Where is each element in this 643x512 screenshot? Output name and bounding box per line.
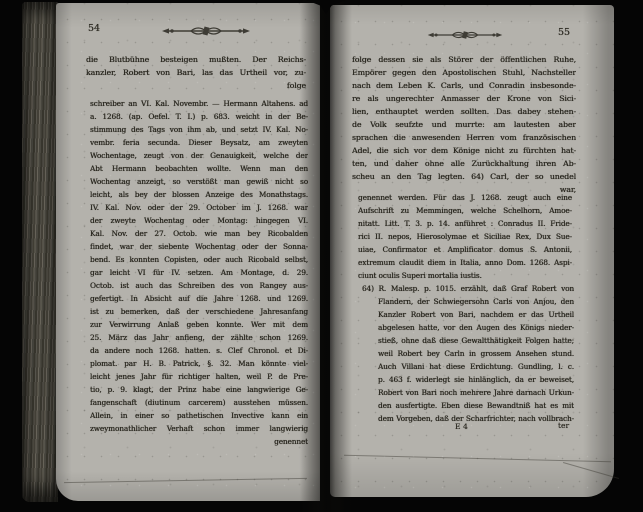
text-line: Abt Hermann beobachten wollte. Wenn man … <box>90 162 308 175</box>
text-line: weil Robert bey Carln in grossem Ansehen… <box>362 347 574 360</box>
text-line: Kal. Nov. der 27. Octob. wie man bey Ric… <box>90 227 308 240</box>
text-line: Wochentage, zeugt von der Genauigkeit, w… <box>90 149 308 162</box>
text-line: de Volk seufzte und murrte: am lautesten… <box>352 118 576 131</box>
text-line: nach dem Leben K. Carls, und Conradin in… <box>352 79 576 92</box>
text-line: scheu an den Tag legten. 64) Carl, der s… <box>352 170 576 183</box>
text-line: lien, enthauptet werden sollten. Das dab… <box>352 105 576 118</box>
text-line: stieß, ohne daß diese Gewaltthätigkeit F… <box>362 334 574 347</box>
right-catchword: ter <box>558 421 569 430</box>
text-line: vembr. feria secunda. Dieser Beysatz, am… <box>90 136 308 149</box>
corner-fold-crease <box>563 462 619 479</box>
text-line: zur Verwirrung Anlaß geben konnte. Wer m… <box>90 318 308 331</box>
text-line: der zweyte Wochentag oder Montag: hingeg… <box>90 214 308 227</box>
text-line: leicht, als bey der blossen Anzeige des … <box>90 188 308 201</box>
right-footnote-a-text: genennet werden. Für das J. 1268. zeugt … <box>358 191 572 282</box>
left-page: 54 die Blutbühne besteigen mußten. Der R… <box>56 3 320 501</box>
text-line: Kanzler Robert von Bari, nachdem er das … <box>362 308 574 321</box>
text-line: Flandern, der Schwiegersohn Carls von An… <box>362 295 574 308</box>
text-line: ten, und daher ohne alle Zurückhaltung i… <box>352 157 576 170</box>
text-line: Empörer gegen den Apostolischen Stuhl, N… <box>352 66 576 79</box>
right-footnote-b-lines: 64) R. Malesp. p. 1015. erzählt, daß Gra… <box>362 282 574 425</box>
left-body-lines: die Blutbühne besteigen mußten. Der Reic… <box>86 53 306 79</box>
book-photograph: 54 die Blutbühne besteigen mußten. Der R… <box>0 0 643 512</box>
headpiece-fleuron-icon <box>160 24 252 38</box>
text-line: re als ungerechter Anmasser der Krone vo… <box>352 92 576 105</box>
text-line: leicht jenes Jahr für richtiger halten, … <box>90 370 308 383</box>
text-line: die Blutbühne besteigen mußten. Der Reic… <box>86 53 306 66</box>
left-body-text: die Blutbühne besteigen mußten. Der Reic… <box>86 53 306 92</box>
text-line: rici II. nepos, Hierosolymae et Siciliae… <box>358 230 572 243</box>
right-footnote-a-end-line: ciunt oculis Superi mortalia iustis. <box>358 269 572 282</box>
text-line: Wochentag anzeigt, so verstößt man gewiß… <box>90 175 308 188</box>
right-body-text: folge dessen sie als Störer der öffentli… <box>352 53 576 196</box>
left-catchword: genennet <box>90 435 308 448</box>
text-line: Octob. ist auch das Schreiben des von Ra… <box>90 279 308 292</box>
right-page: 55 folge dessen sie als Störer der öffen… <box>330 5 614 497</box>
text-line: p. 463 f. widerlegt sie hinlänglich, da … <box>362 373 574 386</box>
text-line: sprachen die anwesenden Herren vom franz… <box>352 131 576 144</box>
text-line: stimmung des Tags von ihm ab, und setzt … <box>90 123 308 136</box>
text-line: kanzler, Robert von Bari, las das Urthei… <box>86 66 306 79</box>
left-footnote-text: schreiber an VI. Kal. Novembr. — Hermann… <box>90 97 308 448</box>
left-body-end-line: folge <box>86 79 306 92</box>
text-line: da andere noch 1268. hatten. s. Clef Chr… <box>90 344 308 357</box>
text-line: ist zu bemerken, daß der verschiedene Ja… <box>90 305 308 318</box>
text-line: extremum claudit diem in Italia, anno Do… <box>358 256 572 269</box>
text-line: genennet werden. Für das J. 1268. zeugt … <box>358 191 572 204</box>
text-line: abgelesen hatte, vor den Augen des König… <box>362 321 574 334</box>
text-line: IV. Kal. Nov. oder der 29. October im J.… <box>90 201 308 214</box>
right-footnote-b-text: 64) R. Malesp. p. 1015. erzählt, daß Gra… <box>362 282 574 425</box>
text-line: folge dessen sie als Störer der öffentli… <box>352 53 576 66</box>
page-edge-stack <box>22 2 58 502</box>
text-line: a. 1268. (ap. Oefel. T. I.) p. 683. weic… <box>90 110 308 123</box>
right-body-lines: folge dessen sie als Störer der öffentli… <box>352 53 576 183</box>
text-line: Allein, in einer so pathetischen Invecti… <box>90 409 308 422</box>
left-footnote-lines: schreiber an VI. Kal. Novembr. — Hermann… <box>90 97 308 435</box>
text-line: gefertigt. In Absicht auf die Jahre 1268… <box>90 292 308 305</box>
text-line: tio, p. 9. klagt, der Prinz habe eine la… <box>90 383 308 396</box>
text-line: nitatt. Litt. T. 3. p. 14. anführet : Co… <box>358 217 572 230</box>
text-line: bend. Es konnten Copisten, oder auch Ric… <box>90 253 308 266</box>
text-line: dem Vorgeben, daß der Scharfrichter, nac… <box>362 412 574 425</box>
page-number-right: 55 <box>558 27 570 38</box>
text-line: Adel, die sich vor dem Könige nicht zu f… <box>352 144 576 157</box>
signature-mark: E 4 <box>455 422 468 431</box>
text-line: fangenschaft (diutinum carcerem) aussteh… <box>90 396 308 409</box>
crease-line <box>344 455 611 463</box>
headpiece-fleuron-icon <box>426 28 504 42</box>
text-line: den ausfertigte. Eben diese Bewandtniß h… <box>362 399 574 412</box>
text-line: schreiber an VI. Kal. Novembr. — Hermann… <box>90 97 308 110</box>
text-line: plomat. par H. B. Patrick, §. 32. Man kö… <box>90 357 308 370</box>
text-line: zweymonathlicher Verhaft schon immer lan… <box>90 422 308 435</box>
text-line: Aufschrift zu Memmingen, welche Schelhor… <box>358 204 572 217</box>
text-line: Robert von Bari noch mehrere Jahre darna… <box>362 386 574 399</box>
text-line: 64) R. Malesp. p. 1015. erzählt, daß Gra… <box>362 282 574 295</box>
text-line: Auch Villani hat diese Erdichtung. Gundl… <box>362 360 574 373</box>
text-line: gar leicht VI für IV. setzen. Am Montage… <box>90 266 308 279</box>
text-line: 25. März das Jahr anfieng, der zählte sc… <box>90 331 308 344</box>
text-line: findet, war der siebente Wochentag oder … <box>90 240 308 253</box>
crease-line <box>64 478 307 483</box>
right-footnote-a-lines: genennet werden. Für das J. 1268. zeugt … <box>358 191 572 269</box>
page-number-left: 54 <box>88 23 100 34</box>
text-line: uiae, Confirmator et Amplificator domus … <box>358 243 572 256</box>
